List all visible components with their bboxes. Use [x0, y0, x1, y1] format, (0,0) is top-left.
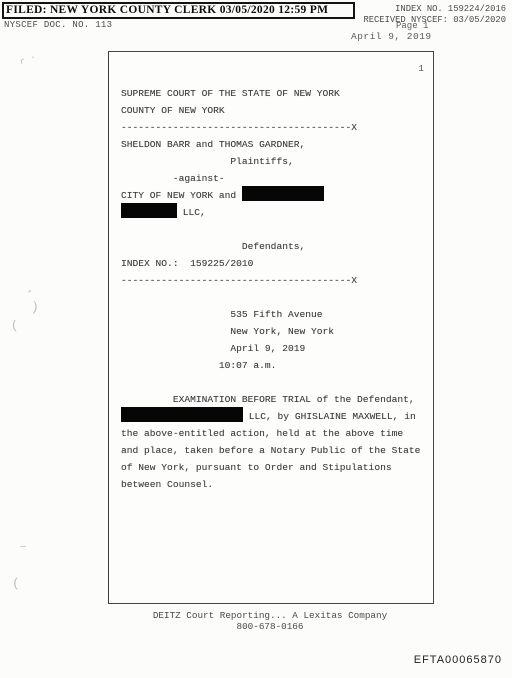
transcript-text: ----------------------------------------… — [121, 275, 357, 286]
transcript-text: -against- — [121, 173, 225, 184]
index-number: INDEX NO. 159224/2016 — [395, 4, 506, 14]
scan-noise-mark: ) — [30, 301, 39, 315]
filed-banner: FILED: NEW YORK COUNTY CLERK 03/05/2020 … — [2, 2, 355, 19]
court-reporter-company: DEITZ Court Reporting... A Lexitas Compa… — [108, 610, 432, 621]
transcript-text: April 9, 2019 — [121, 343, 305, 354]
transcript-text: LLC, by GHISLAINE MAXWELL, in — [243, 411, 416, 422]
scan-noise-mark: ~ — [19, 543, 27, 555]
transcript-line: between Counsel. — [121, 476, 431, 493]
redaction-box — [121, 203, 177, 218]
transcript-line: ----------------------------------------… — [121, 272, 431, 289]
transcript-line: New York, New York — [121, 323, 431, 340]
transcript-text: Plaintiffs, — [121, 156, 294, 167]
transcript-text: Defendants, — [121, 241, 305, 252]
nyscef-doc-number: NYSCEF DOC. NO. 113 — [4, 20, 112, 30]
transcript-line: -against- — [121, 170, 431, 187]
transcript-lines: SUPREME COURT OF THE STATE OF NEW YORKCO… — [121, 85, 431, 493]
transcript-text: COUNTY OF NEW YORK — [121, 105, 225, 116]
transcript-line — [121, 289, 431, 306]
transcript-text: ----------------------------------------… — [121, 122, 357, 133]
transcript-line: ----------------------------------------… — [121, 119, 431, 136]
transcript-line: the above-entitled action, held at the a… — [121, 425, 431, 442]
transcript-line: EXAMINATION BEFORE TRIAL of the Defendan… — [121, 391, 431, 408]
scanned-court-document-page: FILED: NEW YORK COUNTY CLERK 03/05/2020 … — [0, 0, 512, 678]
transcript-line: CITY OF NEW YORK and — [121, 187, 431, 204]
deposition-date-label: April 9, 2019 — [351, 31, 432, 42]
transcript-line: Plaintiffs, — [121, 153, 431, 170]
transcript-line: LLC, by GHISLAINE MAXWELL, in — [121, 408, 431, 425]
transcript-text: SHELDON BARR and THOMAS GARDNER, — [121, 139, 305, 150]
transcript-line: SHELDON BARR and THOMAS GARDNER, — [121, 136, 431, 153]
transcript-line: INDEX NO.: 159225/2010 — [121, 255, 431, 272]
transcript-line: LLC, — [121, 204, 431, 221]
transcript-text: 535 Fifth Avenue — [121, 309, 323, 320]
scan-noise-mark: r — [19, 58, 26, 68]
transcript-line: COUNTY OF NEW YORK — [121, 102, 431, 119]
court-reporter-phone: 800-678-0166 — [108, 621, 432, 632]
transcript-line: of New York, pursuant to Order and Stipu… — [121, 459, 431, 476]
transcript-text: the above-entitled action, held at the a… — [121, 428, 403, 439]
redaction-box — [121, 407, 243, 422]
transcript-line — [121, 221, 431, 238]
scan-noise-mark: ’ — [23, 290, 32, 301]
transcript-line: SUPREME COURT OF THE STATE OF NEW YORK — [121, 85, 431, 102]
transcript-box: 1 SUPREME COURT OF THE STATE OF NEW YORK… — [108, 51, 434, 604]
transcript-text: SUPREME COURT OF THE STATE OF NEW YORK — [121, 88, 340, 99]
transcript-line: 535 Fifth Avenue — [121, 306, 431, 323]
redaction-box — [242, 186, 324, 201]
transcript-line: and place, taken before a Notary Public … — [121, 442, 431, 459]
bates-number: EFTA00065870 — [414, 654, 502, 666]
transcript-line: April 9, 2019 — [121, 340, 431, 357]
transcript-text: New York, New York — [121, 326, 334, 337]
transcript-text: between Counsel. — [121, 479, 213, 490]
transcript-page-number: 1 — [418, 63, 424, 74]
transcript-text: 10:07 a.m. — [121, 360, 276, 371]
transcript-text: LLC, — [177, 207, 206, 218]
transcript-text: INDEX NO.: 159225/2010 — [121, 258, 253, 269]
transcript-text: EXAMINATION BEFORE TRIAL of the Defendan… — [121, 394, 415, 405]
transcript-line: Defendants, — [121, 238, 431, 255]
transcript-text: CITY OF NEW YORK and — [121, 190, 242, 201]
scan-noise-mark: ( — [10, 320, 18, 333]
transcript-text: and place, taken before a Notary Public … — [121, 445, 420, 456]
scan-noise-mark: · — [30, 54, 36, 64]
transcript-line: 10:07 a.m. — [121, 357, 431, 374]
received-nyscef-date: RECEIVED NYSCEF: 03/05/2020 — [363, 15, 506, 25]
page-label: Page 1 — [396, 21, 428, 31]
transcript-line — [121, 374, 431, 391]
transcript-text: of New York, pursuant to Order and Stipu… — [121, 462, 392, 473]
scan-noise-mark: ( — [12, 577, 20, 590]
